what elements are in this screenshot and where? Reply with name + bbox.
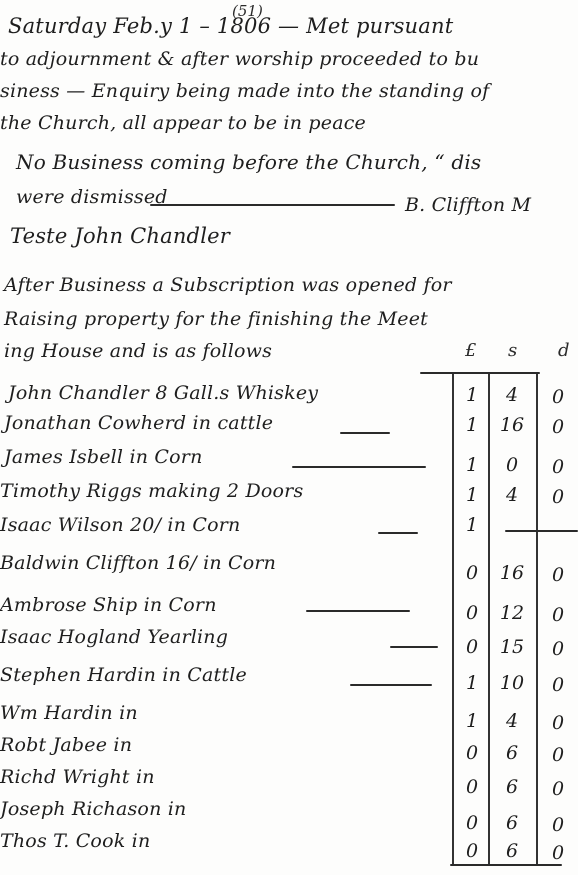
- ledger-bottom-rule: [450, 864, 562, 866]
- amount-pounds: 0: [454, 742, 490, 764]
- amount-pounds: 1: [454, 710, 490, 732]
- amount-pence: 0: [540, 778, 576, 800]
- subscriber-name: Jonathan Cowherd in cattle: [4, 412, 273, 434]
- amount-pence: 0: [540, 712, 576, 734]
- amount-pence: 0: [540, 386, 576, 408]
- subscription-line-2: Raising property for the finishing the M…: [4, 308, 428, 330]
- moderator-signature: B. Cliffton M: [405, 194, 531, 216]
- amount-pounds: 1: [454, 484, 490, 506]
- amount-pounds: 0: [454, 562, 490, 584]
- amount-pounds: 1: [454, 454, 490, 476]
- minutes-line-6: were dismissed: [16, 186, 168, 208]
- ledger-header-rule: [420, 372, 540, 374]
- amount-shillings: 6: [494, 840, 530, 862]
- subscriber-name: James Isbell in Corn: [4, 446, 203, 468]
- subscription-line-1: After Business a Subscription was opened…: [4, 274, 452, 296]
- ledger-header-pence: d: [558, 340, 570, 361]
- amount-pence: 0: [540, 814, 576, 836]
- minutes-line-1: Saturday Feb.y 1 – 1806 — Met pursuant: [8, 14, 453, 38]
- amount-pounds: 0: [454, 602, 490, 624]
- amount-shillings: 6: [494, 776, 530, 798]
- subscriber-name: Isaac Hogland Yearling: [0, 626, 228, 648]
- amount-shillings: 16: [494, 562, 530, 584]
- amount-shillings: 4: [494, 710, 530, 732]
- manuscript-page: (51) Saturday Feb.y 1 – 1806 — Met pursu…: [0, 0, 578, 875]
- amount-pence: 0: [540, 674, 576, 696]
- amount-pounds: 1: [454, 672, 490, 694]
- amount-shillings: 16: [494, 414, 530, 436]
- amount-shillings: 4: [494, 384, 530, 406]
- dismissal-rule: [150, 204, 395, 206]
- entry-dash: [340, 432, 390, 434]
- entry-dash: [306, 610, 410, 612]
- amount-pence: 0: [540, 744, 576, 766]
- entry-dash: [378, 532, 418, 534]
- amount-pence: 0: [540, 604, 576, 626]
- amount-pence: 0: [540, 416, 576, 438]
- amount-pounds: 0: [454, 840, 490, 862]
- amount-shillings: 10: [494, 672, 530, 694]
- amount-pounds: 1: [454, 414, 490, 436]
- subscriber-name: Stephen Hardin in Cattle: [0, 664, 247, 686]
- amount-shillings: 6: [494, 742, 530, 764]
- subscriber-name: Thos T. Cook in: [0, 830, 150, 852]
- subscriber-name: Ambrose Ship in Corn: [0, 594, 217, 616]
- amount-shillings: 15: [494, 636, 530, 658]
- subscriber-name: Isaac Wilson 20/ in Corn: [0, 514, 240, 536]
- subscriber-name: Richd Wright in: [0, 766, 155, 788]
- subscriber-name: Robt Jabee in: [0, 734, 132, 756]
- entry-dash: [390, 646, 438, 648]
- minutes-line-2: to adjournment & after worship proceeded…: [0, 48, 479, 70]
- amount-pence: 0: [540, 564, 576, 586]
- ledger-column-line-right: [536, 374, 538, 866]
- subscriber-name: Wm Hardin in: [0, 702, 138, 724]
- amount-pounds: 1: [454, 514, 490, 536]
- amount-pence: 0: [540, 638, 576, 660]
- amount-shillings: 0: [494, 454, 530, 476]
- amount-shillings: 12: [494, 602, 530, 624]
- ledger-header-shillings: s: [508, 340, 517, 361]
- amount-pounds: 0: [454, 812, 490, 834]
- amount-pence: 0: [540, 842, 576, 864]
- entry-dash: [350, 684, 432, 686]
- amount-shillings: 6: [494, 812, 530, 834]
- amount-pence: 0: [540, 486, 576, 508]
- amount-pence: 0: [540, 456, 576, 478]
- subscription-line-3: ing House and is as follows: [4, 340, 272, 362]
- entry-dash: [292, 466, 426, 468]
- amount-pounds: 1: [454, 384, 490, 406]
- subscriber-name: John Chandler 8 Gall.s Whiskey: [8, 382, 318, 404]
- subscriber-name: Joseph Richason in: [0, 798, 186, 820]
- amount-shillings: 4: [494, 484, 530, 506]
- minutes-line-4: the Church, all appear to be in peace: [0, 112, 366, 134]
- minutes-line-3: siness — Enquiry being made into the sta…: [0, 80, 489, 102]
- minutes-line-5: No Business coming before the Church, “ …: [16, 150, 481, 174]
- subscriber-name: Baldwin Cliffton 16/ in Corn: [0, 552, 276, 574]
- amount-pounds: 0: [454, 776, 490, 798]
- amount-pounds: 0: [454, 636, 490, 658]
- ledger-header-pounds: £: [465, 340, 476, 361]
- entry-cross-rule: [505, 530, 578, 532]
- clerk-signature: Teste John Chandler: [10, 224, 230, 248]
- subscriber-name: Timothy Riggs making 2 Doors: [0, 480, 303, 502]
